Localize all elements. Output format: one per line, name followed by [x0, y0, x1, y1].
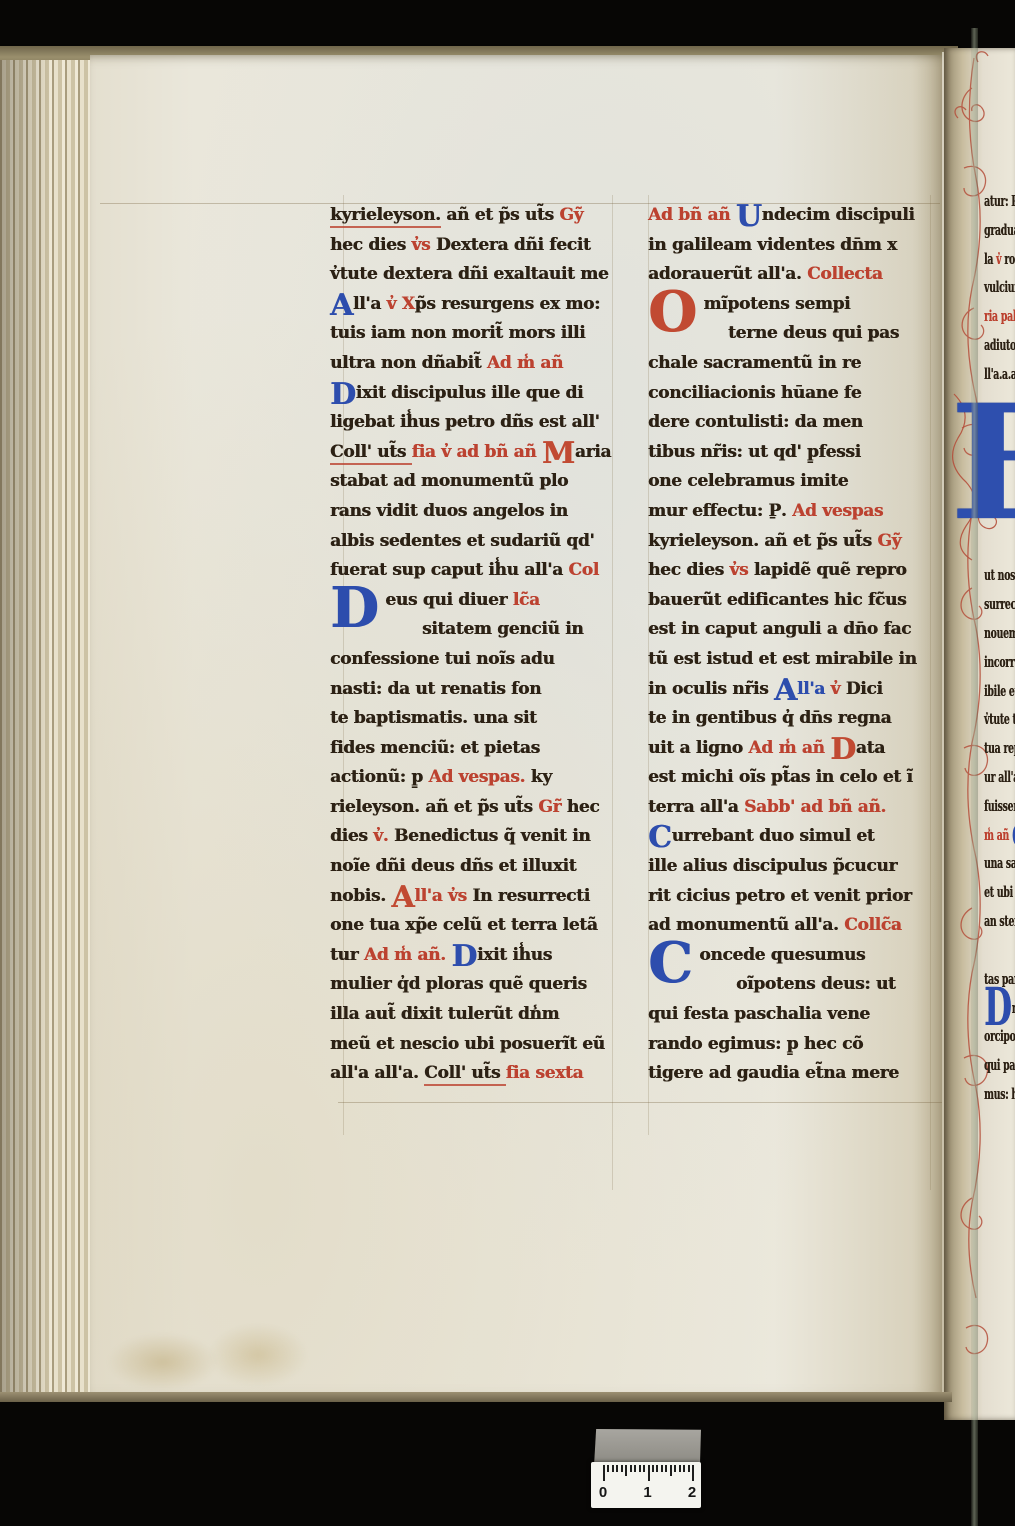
rubric-text: Ad m̾ añ — [487, 353, 563, 373]
body-text: ultra non dñabit̃ — [330, 353, 487, 373]
rubric-text: Gỹ — [877, 531, 901, 551]
ruler-label: 0 — [597, 1484, 609, 1501]
text-line: Omĩpotens sempi — [648, 294, 942, 324]
body-text: te in gentibus q̓ dn̄s regna — [648, 708, 891, 728]
text-column-left: kyrieleyson. añ et p̃s ut̃s Gỹhec dies v… — [330, 205, 624, 1093]
text-line: oĩpotens deus: ut — [648, 974, 942, 1004]
body-text: ndecim discipuli — [762, 205, 915, 225]
body-text: ky — [531, 767, 552, 787]
recto-text-line: la v̓ ro — [984, 250, 1015, 268]
rubric-text: Ad bñ añ — [648, 205, 736, 225]
body-text: terra all'a — [648, 797, 744, 817]
rubric-text: Collecta — [807, 264, 882, 284]
large-initial: U — [736, 199, 762, 234]
recto-text-line: ut nos in — [984, 566, 1015, 584]
body-text: kyrieleyson. añ et p̃s ut̃s — [648, 531, 877, 551]
text-line: rans vidit duos angelos in — [330, 501, 624, 531]
body-text: illa aut̃ dixit tulerũt dn̾m — [330, 1004, 559, 1024]
text-line: ad monumentũ all'a. Collc̃a — [648, 915, 942, 945]
ruler-tick — [603, 1465, 605, 1481]
body-text: atur: P. — [984, 192, 1015, 210]
recto-text-line: una sabbato — [984, 854, 1015, 872]
rubric-text: v̓ — [831, 679, 846, 699]
body-text: una sabbato — [984, 854, 1015, 872]
ruler-tick — [665, 1465, 667, 1472]
text-line: Ad bñ añ Undecim discipuli — [648, 205, 942, 235]
body-text: et ubi erãt d — [984, 883, 1015, 901]
text-line: all'a all'a. Coll' ut̃s fia sexta — [330, 1063, 624, 1093]
ruler-tick — [661, 1465, 663, 1472]
body-text: conciliacionis hūane fe — [648, 383, 861, 403]
body-text: oĩpotens deus: ut — [736, 974, 895, 994]
ruler-tick — [616, 1465, 618, 1472]
large-initial: D — [451, 939, 477, 974]
body-text: surrection — [984, 595, 1015, 613]
body-text: mur effectu: P̱. — [648, 501, 792, 521]
body-text: la — [984, 250, 996, 268]
text-line: tigere ad gaudia et̃na mere — [648, 1063, 942, 1093]
large-initial: C — [648, 820, 672, 855]
body-text: est michi oĩs pt̃as in celo et ĩ — [648, 767, 913, 787]
rubric-text: v̓ — [996, 250, 1004, 268]
text-line: nasti: da ut renatis fon — [330, 679, 624, 709]
text-line: rieleyson. añ et p̃s ut̃s Gr̃ hec — [330, 797, 624, 827]
text-line: meũ et nescio ubi posuerĩt eũ — [330, 1034, 624, 1064]
right-page-sliver: B atur: P.gradualla v̓ rovulciumria pala… — [944, 48, 1015, 1420]
body-text: tuis iam non morit̃ mors illi — [330, 323, 585, 343]
body-text: qui pasche — [984, 1056, 1015, 1074]
parchment-stain — [208, 1323, 308, 1387]
page-edge-stack — [0, 60, 94, 1396]
left-page: kyrieleyson. añ et p̃s ut̃s Gỹhec dies v… — [90, 55, 946, 1398]
recto-text-line: ria pal — [984, 307, 1015, 325]
recto-text-line: m̾ añ Qui — [984, 826, 1015, 847]
rubric-text: Collc̃a — [844, 915, 901, 935]
ruler-tick — [674, 1465, 676, 1472]
body-text: terne deus qui pas — [728, 323, 899, 343]
text-line: stabat ad monumentũ plo — [330, 471, 624, 501]
text-line: fides menciũ: et pietas — [330, 738, 624, 768]
body-text: an stent ih̾s — [984, 912, 1015, 930]
body-text: dies — [330, 826, 373, 846]
rubric-text: Ad vespas. — [428, 767, 530, 787]
rubric-text: fia sexta — [506, 1063, 583, 1083]
recto-text-line: ll'a.a.a. — [984, 365, 1015, 383]
large-initial: D — [330, 377, 356, 412]
body-text: hec dies — [648, 560, 729, 580]
text-line: confessione tui noĩs adu — [330, 649, 624, 679]
rubric-text: Gỹ — [559, 205, 583, 225]
text-line: tibus nr̃is: ut qd' p̱fessi — [648, 442, 942, 472]
ruler-tick — [688, 1465, 690, 1472]
rubric-text: Ad vespas — [792, 501, 883, 521]
rubric-text: v̓. — [373, 826, 394, 846]
ruler-tick — [679, 1465, 681, 1472]
body-text: tũ est istud et est mirabile in — [648, 649, 917, 669]
body-text: ixit discipulus ille que di — [356, 383, 583, 403]
body-text: Coll' ut̃s — [330, 442, 412, 465]
rubric-text: Ad m̾ añ. — [364, 945, 451, 965]
body-text: ligebat ih̾us petro dñs est all' — [330, 412, 599, 432]
recto-text-line: ur all'a. Cũ — [984, 768, 1015, 786]
text-line: te baptismatis. una sit — [330, 708, 624, 738]
body-text: stabat ad monumentũ plo — [330, 471, 568, 491]
rubric-text: Sabb' ad bñ añ. — [744, 797, 886, 817]
body-text: albis sedentes et sudariũ qd' — [330, 531, 594, 551]
body-text: ll'a — [353, 294, 387, 314]
text-line: terra all'a Sabb' ad bñ añ. — [648, 797, 942, 827]
body-text: ata — [856, 738, 885, 758]
body-text: ro — [1004, 250, 1015, 268]
text-line: kyrieleyson. añ et p̃s ut̃s Gỹ — [330, 205, 624, 235]
text-line: hec dies v̓s Dextera dñi fecit — [330, 235, 624, 265]
text-line: illa aut̃ dixit tulerũt dn̾m — [330, 1004, 624, 1034]
rubric-text: Col — [568, 560, 598, 580]
recto-text-line: gradual — [984, 221, 1015, 239]
body-text: noĩe dñi deus dñs et illuxit — [330, 856, 576, 876]
body-text: nobis. — [330, 886, 391, 906]
body-text: ibile et inc — [984, 682, 1015, 700]
ruler-tick — [652, 1465, 654, 1472]
text-line: noĩe dñi deus dñs et illuxit — [330, 856, 624, 886]
body-text: qui festa paschalia vene — [648, 1004, 870, 1024]
recto-text-line: nouemus: i — [984, 624, 1015, 642]
recto-text-line: fuissem ut ue — [984, 797, 1015, 815]
text-line: Coll' ut̃s fia v̓ ad bñ añ Maria — [330, 442, 624, 472]
text-line: uit a ligno Ad m̾ añ Data — [648, 738, 942, 768]
ruler-tick — [670, 1465, 672, 1476]
body-text: kyrieleyson. — [330, 205, 441, 228]
rubric-text: Ad m̾ añ — [748, 738, 830, 758]
text-line: est in caput anguli a dn̄o fac — [648, 619, 942, 649]
ruler-tick — [630, 1465, 632, 1472]
body-text: tua repu — [984, 739, 1015, 757]
body-text: v̓tute tã in — [984, 710, 1015, 728]
body-text: Dici — [846, 679, 883, 699]
text-line: in oculis nr̃is All'a v̓ Dici — [648, 679, 942, 709]
ruler-tick — [692, 1465, 694, 1481]
body-text: one tua xp̃e celũ et terra letã — [330, 915, 597, 935]
text-line: nobis. All'a v̓s In resurrecti — [330, 886, 624, 916]
body-text: te baptismatis. una sit — [330, 708, 537, 728]
body-text: in oculis nr̃is — [648, 679, 774, 699]
text-line: tur Ad m̾ añ. Dixit ih̾us — [330, 945, 624, 975]
body-text: añ et p̃s ut̃s — [441, 205, 560, 225]
large-initial: D — [830, 732, 856, 767]
ruler-tick — [612, 1465, 614, 1472]
large-initial: M — [542, 436, 575, 471]
text-line: All'a v̓ Xp̃s resurgens ex mo: — [330, 294, 624, 324]
text-line: kyrieleyson. añ et p̃s ut̃s Gỹ — [648, 531, 942, 561]
body-text: v̓tute dextera dñi exaltauit me — [330, 264, 608, 284]
body-text: mĩpotens sempi — [703, 294, 850, 314]
illuminated-letter: B — [950, 376, 1015, 552]
text-line: bauerũt edificantes hic fc̃us — [648, 590, 942, 620]
ruler-tick — [648, 1465, 650, 1481]
text-line: qui festa paschalia vene — [648, 1004, 942, 1034]
recto-text-line: ibile et inc — [984, 682, 1015, 700]
body-text: gradual — [984, 221, 1015, 239]
large-initial: A — [774, 673, 797, 708]
ruling-line-bottom — [338, 1102, 942, 1103]
body-text: vulcium — [984, 278, 1015, 296]
body-text: oncede quesumus — [699, 945, 865, 965]
text-line: est michi oĩs pt̃as in celo et ĩ — [648, 767, 942, 797]
recto-text-line: surrection — [984, 595, 1015, 613]
body-text: in galileam videntes dn̄m x — [648, 235, 897, 255]
body-text: rando egimus: p̱ hec cõ — [648, 1034, 863, 1054]
body-text: Benedictus q̃ venit in — [394, 826, 590, 846]
rubric-text: ria pal — [984, 307, 1015, 325]
rubric-text: lc̃a — [513, 590, 540, 610]
ruler-tick — [656, 1465, 658, 1472]
text-line: chale sacramentũ in re — [648, 353, 942, 383]
parchment-stain — [108, 1333, 218, 1391]
recto-text-line: Dmitte qu — [984, 998, 1015, 1018]
recto-text-line: v̓tute tã in — [984, 710, 1015, 728]
large-initial: A — [330, 288, 353, 323]
body-text: dere contulisti: da men — [648, 412, 863, 432]
book-strap — [971, 28, 978, 1526]
ruler-label: 2 — [686, 1484, 698, 1501]
text-line: v̓tute dextera dñi exaltauit me — [330, 264, 624, 294]
manuscript-photo: { "scene": { "description": "Photograph … — [0, 0, 1015, 1526]
ruler-tick — [683, 1465, 685, 1472]
rubric-text: v̓ X — [387, 294, 415, 314]
text-line: in galileam videntes dn̄m x — [648, 235, 942, 265]
body-text: bauerũt edificantes hic fc̃us — [648, 590, 906, 610]
recto-text-line: vulcium — [984, 278, 1015, 296]
text-line: albis sedentes et sudariũ qd' — [330, 531, 624, 561]
body-text: ur all'a. Cũ — [984, 768, 1015, 786]
text-line: actionũ: p̱ Ad vespas. ky — [330, 767, 624, 797]
body-text: nasti: da ut renatis fon — [330, 679, 541, 699]
rubric-text: ll'a — [414, 886, 448, 906]
text-line: mur effectu: P̱. Ad vespas — [648, 501, 942, 531]
body-text: sitatem genciũ in — [422, 619, 583, 639]
rubric-text: v̓s — [448, 886, 472, 906]
body-text: actionũ: p̱ — [330, 767, 428, 787]
recto-text-line: an stent ih̾s — [984, 912, 1015, 930]
body-text: ll'a.a.a. — [984, 365, 1015, 383]
body-text: p̃s resurgens ex mo: — [415, 294, 600, 314]
body-text: fides menciũ: et pietas — [330, 738, 540, 758]
rubric-text: v̓s — [729, 560, 753, 580]
text-column-right: Ad bñ añ Undecim discipuliin galileam vi… — [648, 205, 942, 1093]
text-line: conciliacionis hūane fe — [648, 383, 942, 413]
body-text: lapidẽ quẽ repro — [754, 560, 907, 580]
body-text: tibus nr̃is: ut qd' p̱fessi — [648, 442, 861, 462]
rubric-text: v̓s — [411, 235, 435, 255]
body-text: confessione tui noĩs adu — [330, 649, 555, 669]
body-text: incorrupti — [984, 653, 1015, 671]
ruling-line-top — [100, 203, 940, 204]
rubric-text: Gr̃ — [538, 797, 567, 817]
recto-text-line: adiuto — [984, 336, 1015, 354]
body-text: urrebant duo simul et — [672, 826, 875, 846]
body-text: fuissem ut ue — [984, 797, 1015, 815]
body-text: adiuto — [984, 336, 1015, 354]
body-text: hec dies — [330, 235, 411, 255]
text-line: rando egimus: p̱ hec cõ — [648, 1034, 942, 1064]
text-line: Concede quesumus — [648, 945, 942, 975]
body-text: rieleyson. añ et p̃s ut̃s — [330, 797, 538, 817]
body-text: aria — [575, 442, 611, 462]
text-line: tuis iam non morit̃ mors illi — [330, 323, 624, 353]
body-text: rans vidit duos angelos in — [330, 501, 568, 521]
recto-text-line: et ubi erãt d — [984, 883, 1015, 901]
text-line: dies v̓. Benedictus q̃ venit in — [330, 826, 624, 856]
body-text: ll'a — [797, 679, 831, 699]
text-line: terne deus qui pas — [648, 323, 942, 353]
body-text: meũ et nescio ubi posuerĩt eũ — [330, 1034, 605, 1054]
book-bottom-edge — [0, 1392, 952, 1402]
ruler-tick — [607, 1465, 609, 1472]
text-line: mulier q̓d ploras quẽ queris — [330, 974, 624, 1004]
body-text: ille alius discipulus p̃cucur — [648, 856, 897, 876]
text-line: rit cicius petro et venit prior — [648, 886, 942, 916]
body-text: Dextera dñi fecit — [436, 235, 591, 255]
text-line: one celebramus imite — [648, 471, 942, 501]
body-text: hec — [567, 797, 600, 817]
rubric-text: fia v̓ ad bñ añ — [412, 442, 542, 462]
ruler-tick — [634, 1465, 636, 1472]
body-text: In resurrecti — [472, 886, 589, 906]
recto-text-line: tua repu ps — [984, 739, 1015, 757]
body-text: est in caput anguli a dn̄o fac — [648, 619, 911, 639]
recto-text-line: atur: P. — [984, 192, 1015, 210]
text-line: Deus qui diuer lc̃a — [330, 590, 624, 620]
recto-text-line: qui pasche — [984, 1056, 1015, 1074]
ruler-tick — [639, 1465, 641, 1472]
recto-text-line: mus: hec — [984, 1085, 1015, 1103]
body-text: mulier q̓d ploras quẽ queris — [330, 974, 587, 994]
ruler-tick — [643, 1465, 645, 1472]
body-text: nouemus: i — [984, 624, 1015, 642]
body-text: ut nos in — [984, 566, 1015, 584]
body-text: all'a all'a. — [330, 1063, 424, 1083]
body-text: tigere ad gaudia et̃na mere — [648, 1063, 899, 1083]
ruler-label: 1 — [642, 1484, 654, 1501]
body-text: tur — [330, 945, 364, 965]
recto-text-line: incorrupti — [984, 653, 1015, 671]
text-line: Dixit discipulus ille que di — [330, 383, 624, 413]
body-text: orcipo — [984, 1027, 1015, 1045]
body-text: Coll' ut̃s — [424, 1063, 506, 1086]
recto-text-line: orcipo — [984, 1027, 1015, 1045]
body-text: ixit ih̾us — [477, 945, 552, 965]
body-text: uit a ligno — [648, 738, 748, 758]
body-text: one celebramus imite — [648, 471, 848, 491]
text-line: ille alius discipulus p̃cucur — [648, 856, 942, 886]
scale-ruler-icon: 012 — [591, 1462, 701, 1508]
text-line: hec dies v̓s lapidẽ quẽ repro — [648, 560, 942, 590]
text-line: te in gentibus q̓ dn̄s regna — [648, 708, 942, 738]
body-text: rit cicius petro et venit prior — [648, 886, 912, 906]
body-text: mus: hec — [984, 1085, 1015, 1103]
rubric-text: m̾ añ — [984, 826, 1012, 844]
text-line: ligebat ih̾us petro dñs est all' — [330, 412, 624, 442]
illuminated-initial-b: B — [948, 386, 1014, 562]
body-text: chale sacramentũ in re — [648, 353, 861, 373]
text-line: dere contulisti: da men — [648, 412, 942, 442]
ruler-tick — [621, 1465, 623, 1472]
text-line: ultra non dñabit̃ Ad m̾ añ — [330, 353, 624, 383]
text-line: sitatem genciũ in — [330, 619, 624, 649]
ruler-gray-tab — [594, 1429, 701, 1466]
text-line: Currebant duo simul et — [648, 826, 942, 856]
large-initial: A — [391, 880, 414, 915]
body-text: eus qui diuer — [385, 590, 512, 610]
ruler-tick — [625, 1465, 627, 1476]
